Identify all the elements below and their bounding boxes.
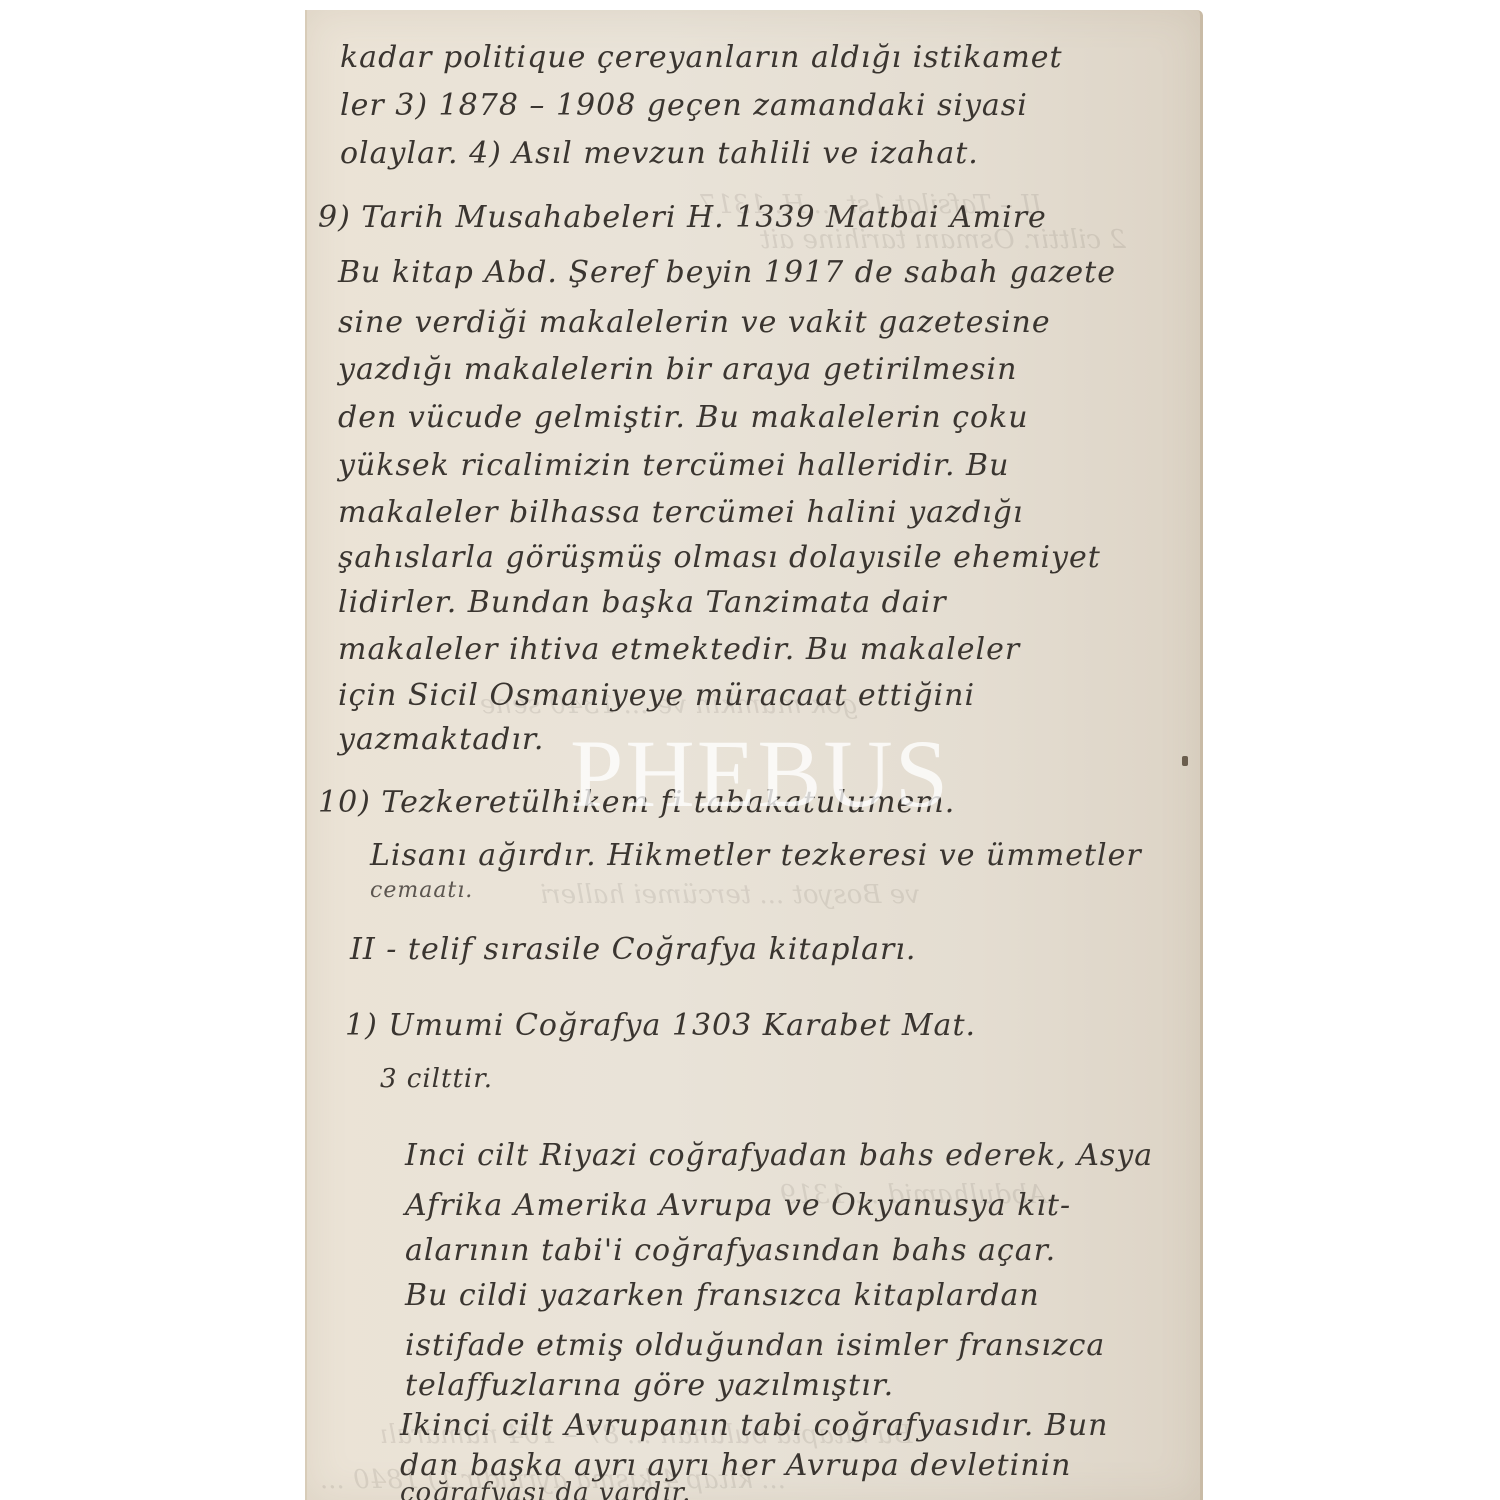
- entry-heading: 10) Tezkeretülhikem fi tabakatulumem.: [318, 785, 955, 820]
- section-heading: II - telif sırasile Coğrafya kitapları.: [350, 932, 916, 967]
- text-line: yazmaktadır.: [338, 722, 544, 757]
- text-line: alarının tabi'i coğrafyasından bahs açar…: [405, 1233, 1056, 1268]
- text-line: sine verdiği makalelerin ve vakit gazete…: [338, 305, 1051, 340]
- text-line: Lisanı ağırdır. Hikmetler tezkeresi ve ü…: [370, 838, 1142, 873]
- text-line: makaleler bilhassa tercümei halini yazdı…: [338, 495, 1023, 530]
- text-line: istifade etmiş olduğundan isimler fransı…: [405, 1328, 1105, 1363]
- text-line: lidirler. Bundan başka Tanzimata dair: [338, 585, 947, 620]
- text-line: den vücude gelmiştir. Bu makalelerin çok…: [338, 400, 1029, 435]
- text-line: yüksek ricalimizin tercümei halleridir. …: [338, 448, 1009, 483]
- text-line: yazdığı makalelerin bir araya getirilmes…: [338, 352, 1017, 387]
- text-line: telaffuzlarına göre yazılmıştır.: [405, 1368, 894, 1403]
- text-line: Bu kitap Abd. Şeref beyin 1917 de sabah …: [338, 255, 1116, 290]
- page-edge-mark: [1182, 756, 1188, 766]
- text-line: 3 cilttir.: [380, 1064, 493, 1094]
- text-line: coğrafyası da vardır.: [400, 1478, 691, 1500]
- bleed-through-text: ve Bosyot ... tercümei halleri: [540, 880, 920, 910]
- text-line: şahıslarla görüşmüş olması dolayısile eh…: [338, 540, 1101, 575]
- text-line: kadar politique çereyanların aldığı isti…: [340, 40, 1063, 75]
- text-line: Bu cildi yazarken fransızca kitaplardan: [405, 1278, 1040, 1313]
- text-line: makaleler ihtiva etmektedir. Bu makalele…: [338, 632, 1020, 667]
- text-line: Ikinci cilt Avrupanın tabi coğrafyasıdır…: [400, 1408, 1109, 1443]
- text-line: cemaatı.: [370, 878, 473, 903]
- text-line: Inci cilt Riyazi coğrafyadan bahs ederek…: [405, 1138, 1153, 1173]
- entry-heading: 1) Umumi Coğrafya 1303 Karabet Mat.: [345, 1008, 976, 1043]
- entry-heading: 9) Tarih Musahabeleri H. 1339 Matbai Ami…: [318, 200, 1047, 235]
- text-line: olaylar. 4) Asıl mevzun tahlili ve izaha…: [340, 136, 979, 171]
- text-line: Afrika Amerika Avrupa ve Okyanusya kıt-: [405, 1188, 1071, 1223]
- text-line: ler 3) 1878 – 1908 geçen zamandaki siyas…: [340, 88, 1028, 123]
- text-line: için Sicil Osmaniyeye müracaat ettiğini: [338, 678, 975, 713]
